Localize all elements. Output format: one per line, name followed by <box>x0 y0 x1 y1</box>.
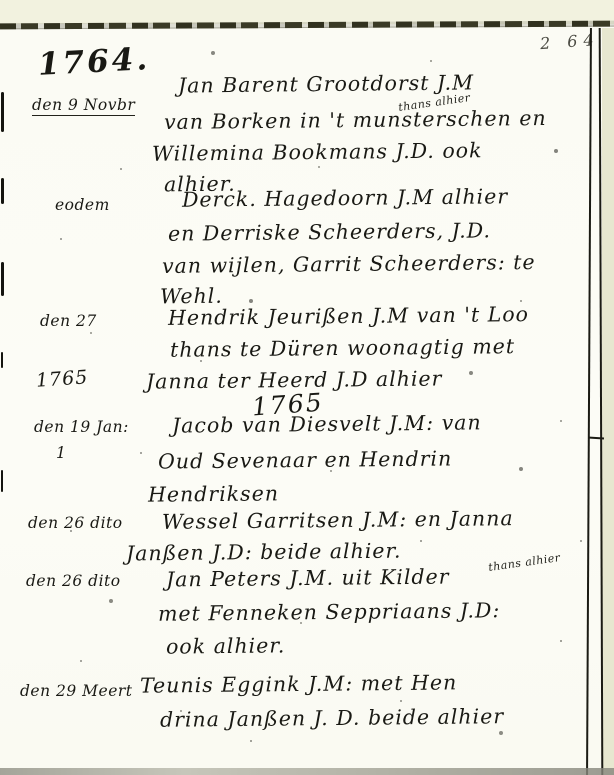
margin-year: 1765 <box>35 366 89 392</box>
entry-line: Jacob van Diesvelt J.M: van <box>172 410 482 437</box>
page-top-edge <box>0 21 614 30</box>
entry-line: Jan Barent Grootdorst J.M <box>178 70 474 97</box>
entry-line: ook alhier. <box>166 633 286 658</box>
scan-bottom-band <box>0 768 614 775</box>
entry-date: den 9 Novbr <box>32 96 135 116</box>
entry-line: Hendrik Jeurißen J.M van 't Loo <box>168 302 529 330</box>
entry-line: Wessel Garritsen J.M: en Janna <box>162 506 514 534</box>
right-margin-strip <box>602 28 614 775</box>
entry-line: Janßen J.D: beide alhier. <box>126 539 402 566</box>
entry-date: den 26 dito <box>26 572 121 590</box>
left-edge-mark <box>1 352 3 368</box>
entry-date: den 26 dito <box>28 514 123 532</box>
left-edge-mark <box>1 92 4 132</box>
entry-line: met Fenneken Seppriaans J.D: <box>158 598 501 626</box>
entry-line: en Derriske Scheerders, J.D. <box>168 218 491 245</box>
entry-line: Hendriksen <box>148 481 279 506</box>
entry-date: den 27 <box>40 312 97 330</box>
right-margin-tick <box>588 436 604 439</box>
year-heading: 1764. <box>37 41 151 83</box>
entry-line: drina Janßen J. D. beide alhier <box>160 704 504 732</box>
entry-date: eodem <box>55 196 110 214</box>
entry-line: thans te Düren woonagtig met <box>170 334 515 362</box>
entry-date: den 29 Meert <box>20 682 133 700</box>
interlinear-note: thans alhier <box>487 551 561 574</box>
entry-line: van Borken in 't munsterschen en <box>164 106 547 134</box>
entry-line: Teunis Eggink J.M: met Hen <box>140 670 457 697</box>
left-edge-mark <box>1 470 3 492</box>
right-margin-rule-inner <box>586 28 592 775</box>
left-edge-mark <box>1 178 4 204</box>
entry-date-note: 1 <box>56 444 66 462</box>
entry-line: Willemina Bookmans J.D. ook <box>152 138 483 165</box>
left-edge-mark <box>1 262 4 296</box>
scanned-register-page: 2 64 1764. den 9 Novbr Jan Barent Grootd… <box>0 0 614 775</box>
entry-line: van wijlen, Garrit Scheerders: te <box>162 250 536 278</box>
scan-noise <box>0 0 2 2</box>
entry-line: Derck. Hagedoorn J.M alhier <box>182 184 508 211</box>
entry-line: Jan Peters J.M. uit Kilder <box>166 565 450 592</box>
entry-date: den 19 Jan: <box>34 418 129 436</box>
entry-line: Oud Sevenaar en Hendrin <box>158 446 452 473</box>
